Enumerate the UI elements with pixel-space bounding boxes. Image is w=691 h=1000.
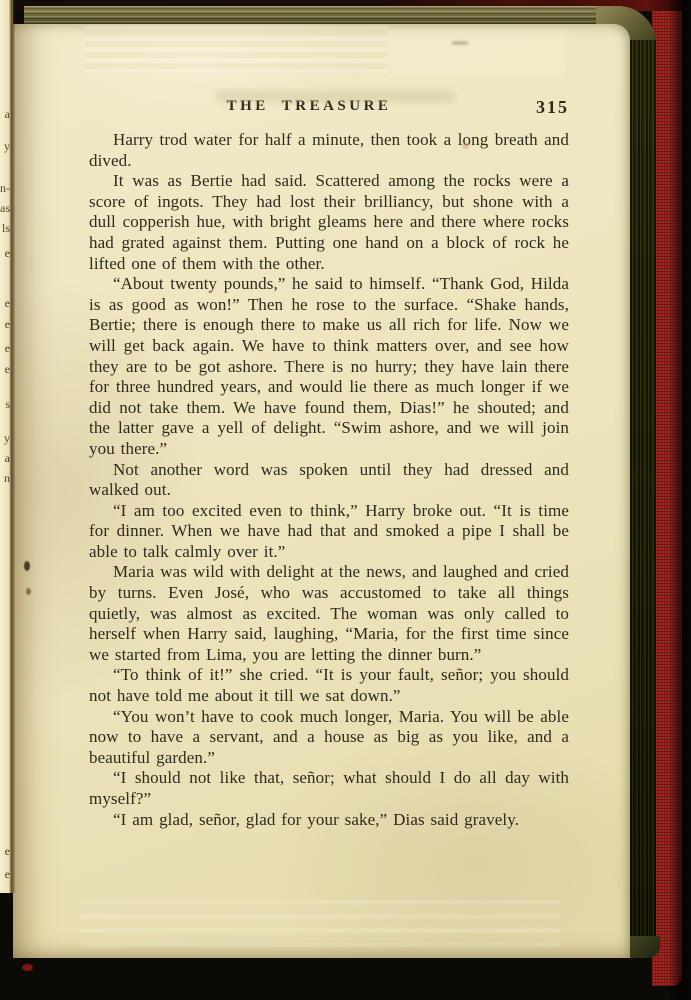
paragraph: It was as Bertie had said. Scattered amo…	[89, 171, 569, 274]
paragraph: “I am glad, señor, glad for your sake,” …	[89, 810, 569, 831]
paragraph: Not another word was spoken until they h…	[89, 460, 569, 501]
paragraph: Maria was wild with delight at the news,…	[89, 562, 569, 665]
cover-speck-bottom-left	[22, 964, 33, 971]
paragraph: Harry trod water for half a minute, then…	[89, 130, 569, 171]
book-page: THE TREASURE 315 Harry trod water for ha…	[13, 24, 630, 958]
scanned-book-photo: THE TREASURE 315 Harry trod water for ha…	[0, 0, 691, 1000]
paragraph: “About twenty pounds,” he said to himsel…	[89, 274, 569, 459]
paragraph: “I am too excited even to think,” Harry …	[89, 501, 569, 563]
page-body-text: Harry trod water for half a minute, then…	[89, 130, 569, 830]
background-shadow-right	[668, 0, 691, 1000]
paragraph: “You won’t have to cook much longer, Mar…	[89, 707, 569, 769]
paragraph: “I should not like that, señor; what sho…	[89, 768, 569, 809]
page-number: 315	[536, 97, 569, 118]
paragraph: “To think of it!” she cried. “It is your…	[89, 665, 569, 706]
page-edges-top-stack	[24, 6, 610, 26]
running-header-title: THE TREASURE	[89, 98, 529, 115]
page-edges-right-stack	[628, 40, 656, 952]
running-header: THE TREASURE 315	[89, 98, 569, 120]
gutter-crease	[9, 0, 15, 893]
